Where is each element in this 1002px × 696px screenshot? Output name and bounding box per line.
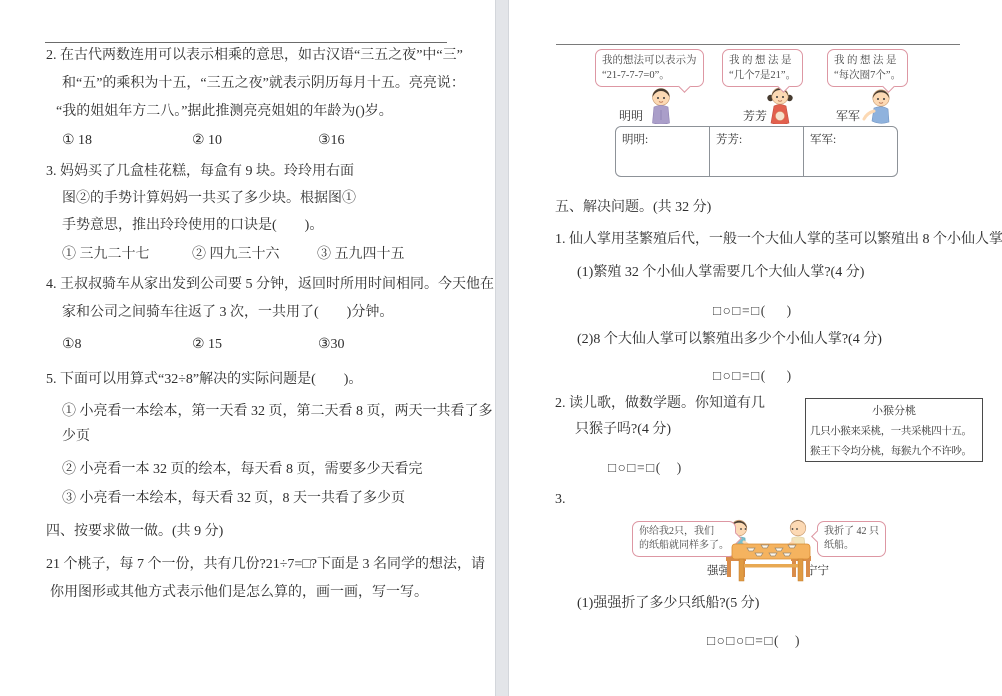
question-1-sub-1: (1)繁殖 32 个小仙人掌需要几个大仙人掌?(4 分) <box>577 265 864 280</box>
answer-cell-mingming: 明明: <box>616 127 710 176</box>
ningning-speech-line-2: 纸船。 <box>824 539 879 553</box>
section-4-paragraph-line-1: 21 个桃子，每 7 个一份，共有几份?21÷7=□?下面是 3 名同学的想法，… <box>46 557 485 572</box>
junjun-speech-line-1: 我的想法是 <box>834 53 901 68</box>
fangfang-name-label: 芳芳 <box>743 107 767 124</box>
question-1-formula-1: □○□=□( ) <box>713 299 793 319</box>
question-4-line-2: 家和公司之间骑车往返了 3 次，一共用了( )分钟。 <box>62 305 393 320</box>
question-1-line-1: 1. 仙人掌用茎繁殖后代，一般一个大仙人掌的茎可以繁殖出 8 个小仙人掌。 <box>555 232 1002 247</box>
question-3-number: 3. <box>555 492 566 507</box>
poem-title: 小猴分桃 <box>806 402 982 418</box>
left-page: 2. 在古代两数连用可以表示相乘的意思，如古汉语“三五之夜”中“三” 和“五”的… <box>0 0 495 696</box>
right-page: 我的想法可以表示为 “21-7-7-7=0”。 我的想法是 “几个7是21”。 … <box>509 0 1002 696</box>
paper-boat-table-illustration <box>731 536 811 582</box>
mingming-character-illustration <box>646 84 676 124</box>
question-4-option-2: ② 15 <box>192 337 222 352</box>
mingming-speech-line-1: 我的想法可以表示为 <box>602 53 697 68</box>
junjun-speech-line-2: “每次圈7个”。 <box>834 68 901 83</box>
question-1-formula-2: □○□=□( ) <box>713 364 793 384</box>
question-2-line-2: 只猴子吗?(4 分) <box>575 422 671 437</box>
question-3-option-2: ② 四九三十六 <box>192 247 280 262</box>
question-5-line-1: 5. 下面可以用算式“32÷8”解决的实际问题是( )。 <box>46 372 362 387</box>
ningning-speech-bubble: 我折了 42 只 纸船。 <box>817 521 886 557</box>
question-2-option-3: ③16 <box>318 133 345 148</box>
question-5-option-2: ② 小亮看一本 32 页的绘本，每天看 8 页，需要多少天看完 <box>62 462 423 477</box>
mingming-name-label: 明明 <box>619 107 643 124</box>
question-3-option-1: ① 三九二十七 <box>62 247 150 262</box>
page-top-rule <box>556 44 960 45</box>
student-answer-table: 明明: 芳芳: 军军: <box>615 126 898 177</box>
question-2-line-2: 和“五”的乘积为十五，“三五之夜”就表示阴历每月十五。亮亮说： <box>62 76 465 91</box>
question-5-option-3: ③ 小亮看一本绘本，每天看 32 页，8 天一共看了多少页 <box>62 491 405 506</box>
question-2-line-1: 2. 在古代两数连用可以表示相乘的意思，如古汉语“三五之夜”中“三” <box>46 48 463 63</box>
section-4-paragraph-line-2: 你用图形或其他方式表示他们是怎么算的，画一画，写一写。 <box>50 585 428 600</box>
question-2-line-3: “我的姐姐年方二八。”据此推测亮亮姐姐的年龄为()岁。 <box>56 104 393 119</box>
section-5-heading: 五、解决问题。(共 32 分) <box>555 200 711 215</box>
section-4-heading: 四、按要求做一做。(共 9 分) <box>46 524 223 539</box>
answer-cell-fangfang: 芳芳: <box>710 127 804 176</box>
page-top-rule <box>45 42 447 43</box>
question-2-option-1: ① 18 <box>62 133 92 148</box>
question-4-line-1: 4. 王叔叔骑车从家出发到公司要 5 分钟，返回时所用时间相同。今天他在 <box>46 277 494 292</box>
question-4-option-3: ③30 <box>318 337 345 352</box>
question-5-option-1-line-1: ① 小亮看一本绘本，第一天看 32 页，第二天看 8 页，两天一共看了多 <box>62 404 493 419</box>
ningning-speech-line-1: 我折了 42 只 <box>824 525 879 539</box>
mingming-speech-bubble: 我的想法可以表示为 “21-7-7-7=0”。 <box>595 49 704 87</box>
answer-cell-junjun: 军军: <box>804 127 897 176</box>
question-3-line-3: 手势意思，推出玲玲使用的口诀是( )。 <box>62 218 323 233</box>
question-5-option-1-line-2: 少页 <box>62 429 90 444</box>
page-gutter <box>495 0 509 696</box>
document-canvas: 2. 在古代两数连用可以表示相乘的意思，如古汉语“三五之夜”中“三” 和“五”的… <box>0 0 1002 696</box>
qiangqiang-speech-line-1: 你给我2只，我们 <box>639 525 729 539</box>
monkey-poem-box: 小猴分桃 几只小猴来采桃，一共采桃四十五。 猴王下令均分桃，每猴九个不许吵。 <box>805 398 983 462</box>
question-3-line-1: 3. 妈妈买了几盒桂花糕，每盒有 9 块。玲玲用右面 <box>46 164 354 179</box>
fangfang-speech-bubble: 我的想法是 “几个7是21”。 <box>722 49 803 87</box>
question-1-sub-2: (2)8 个大仙人掌可以繁殖出多少个小仙人掌?(4 分) <box>577 332 882 347</box>
qiangqiang-speech-bubble: 你给我2只，我们 的纸船就同样多了。 <box>632 521 736 557</box>
question-2-formula: □○□=□( ) <box>608 456 683 476</box>
question-3-sub-1: (1)强强折了多少只纸船?(5 分) <box>577 596 759 611</box>
fangfang-speech-line-2: “几个7是21”。 <box>729 68 796 83</box>
junjun-name-label: 军军 <box>836 107 860 124</box>
junjun-character-illustration <box>860 86 896 124</box>
poem-line-2: 猴王下令均分桃，每猴九个不许吵。 <box>810 443 982 458</box>
question-4-option-1: ①8 <box>62 337 82 352</box>
question-3-formula: □○□○□=□( ) <box>707 629 801 649</box>
question-3-option-3: ③ 五九四十五 <box>317 247 405 262</box>
fangfang-speech-line-1: 我的想法是 <box>729 53 796 68</box>
junjun-speech-bubble: 我的想法是 “每次圈7个”。 <box>827 49 908 87</box>
qiangqiang-speech-line-2: 的纸船就同样多了。 <box>639 539 729 553</box>
question-2-option-2: ② 10 <box>192 133 222 148</box>
poem-line-1: 几只小猴来采桃，一共采桃四十五。 <box>810 423 982 438</box>
question-3-line-2: 图②的手势计算妈妈一共买了多少块。根据图① <box>62 191 356 206</box>
question-2-line-1: 2. 读儿歌，做数学题。你知道有几 <box>555 396 765 411</box>
